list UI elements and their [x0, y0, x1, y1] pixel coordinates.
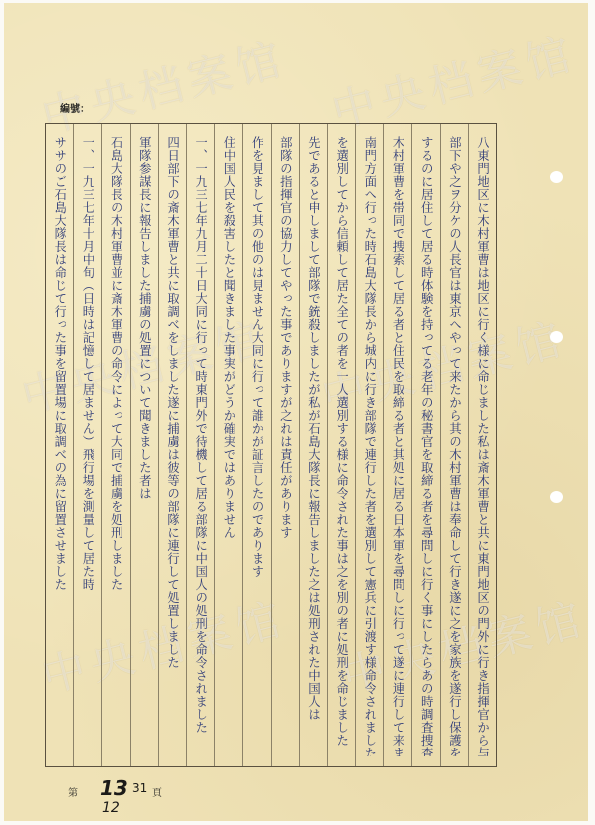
handwritten-line: 部隊の指揮官の協力してやった事でありますが之れは責任があります: [279, 136, 292, 539]
page-prefix: 第: [68, 784, 78, 799]
manuscript-column: 南門方面へ行った時石島大隊長から城内に行き部隊で連行した者を選別して憲兵に引渡す…: [355, 124, 383, 766]
handwritten-line: 一、一九三七年十月中旬（日時は記憶して居ません）飛行場を測量して居た時: [82, 136, 95, 591]
manuscript-column: 作を見まして其の他のは見ません大同に行って誰かが証言したのであります: [242, 124, 270, 766]
handwritten-line: 作を見まして其の他のは見ません大同に行って誰かが証言したのであります: [251, 136, 264, 578]
handwritten-line: 住中国人民を殺害したと聞きました事実がどうか確実ではありません: [222, 136, 235, 539]
page-total: 31: [132, 781, 147, 795]
manuscript-column: を選別してから信頼して居た全ての者を一人選別する様に命令された事は之を別の者に処…: [327, 124, 355, 766]
manuscript-column: 一、一九三七年十月中旬（日時は記憶して居ません）飛行場を測量して居た時: [73, 124, 101, 766]
punch-hole: [550, 331, 563, 343]
manuscript-column: 住中国人民を殺害したと聞きました事実がどうか確実ではありません: [214, 124, 242, 766]
serial-number-label: 編號：: [60, 100, 90, 115]
handwritten-line: 四日部下の斎木軍曹と共に取調べをしました遂に捕虜は彼等の部隊に連行して処置しまし…: [166, 136, 179, 669]
page-suffix: 頁: [152, 784, 162, 799]
manuscript-column: 部下や之ヲ分ケの人長官は東京へやって来たから其の木村軍曹は奉命して行き遂に之を家…: [440, 124, 468, 766]
manuscript-column: 四日部下の斎木軍曹と共に取調べをしました遂に捕虜は彼等の部隊に連行して処置しまし…: [158, 124, 186, 766]
handwritten-line: 先であると申しまして部隊で銃殺しましたが私が石島大隊長に報告しました之は処刑され…: [307, 136, 320, 721]
handwritten-line: するのに居住して居る時体験を持ってる老年の秘書官を取締る者を尋問しに行く事にした…: [420, 136, 433, 756]
handwritten-line: 南門方面へ行った時石島大隊長から城内に行き部隊で連行した者を選別して憲兵に引渡す…: [363, 136, 376, 756]
page-number: 13: [100, 776, 128, 800]
manuscript-column: 木村軍曹を帯同で捜索して居る者と住民を取締る者と其処に居る日本軍を尋問しに行って…: [383, 124, 411, 766]
manuscript-grid: 八東門地区に木村軍曹は地区に行く様に命じました私は斎木軍曹と共に東門地区の門外に…: [45, 123, 497, 767]
manuscript-column: 軍隊参謀長に報告しました捕虜の処置について聞きました者は: [130, 124, 158, 766]
handwritten-line: 軍隊参謀長に報告しました捕虜の処置について聞きました者は: [138, 136, 151, 500]
handwritten-line: 石島大隊長の木村軍曹並に斎木軍曹の命令によって大同で捕虜を処刑しました: [110, 136, 123, 591]
manuscript-column: 先であると申しまして部隊で銃殺しましたが私が石島大隊長に報告しました之は処刑され…: [299, 124, 327, 766]
manuscript-column: 八東門地区に木村軍曹は地区に行く様に命じました私は斎木軍曹と共に東門地区の門外に…: [468, 124, 496, 766]
punch-hole: [550, 171, 563, 183]
watermark-text: 中央档案馆: [324, 18, 582, 141]
manuscript-column: 一、一九三七年九月二十日大同に行って時東門外で待機して居る部隊に中国人の処刑を命…: [186, 124, 214, 766]
manuscript-column: 部隊の指揮官の協力してやった事でありますが之れは責任があります: [271, 124, 299, 766]
punch-hole: [550, 491, 563, 503]
page-sub-number: 12: [102, 800, 120, 816]
handwritten-line: を選別してから信頼して居た全ての者を一人選別する様に命令された事は之を別の者に処…: [335, 136, 348, 747]
handwritten-line: 部下や之ヲ分ケの人長官は東京へやって来たから其の木村軍曹は奉命して行き遂に之を家…: [448, 136, 461, 756]
manuscript-column: ササのご石島大隊長は命じて行った事を留置場に取調べの為に留置させました: [46, 124, 73, 766]
handwritten-line: 一、一九三七年九月二十日大同に行って時東門外で待機して居る部隊に中国人の処刑を命…: [194, 136, 207, 734]
handwritten-line: 八東門地区に木村軍曹は地区に行く様に命じました私は斎木軍曹と共に東門地区の門外に…: [476, 136, 489, 756]
handwritten-line: ササのご石島大隊長は命じて行った事を留置場に取調べの為に留置させました: [53, 136, 66, 591]
handwritten-line: 木村軍曹を帯同で捜索して居る者と住民を取締る者と其処に居る日本軍を尋問しに行って…: [392, 136, 405, 756]
manuscript-column: するのに居住して居る時体験を持ってる老年の秘書官を取締る者を尋問しに行く事にした…: [411, 124, 439, 766]
manuscript-column: 石島大隊長の木村軍曹並に斎木軍曹の命令によって大同で捕虜を処刑しました: [101, 124, 129, 766]
